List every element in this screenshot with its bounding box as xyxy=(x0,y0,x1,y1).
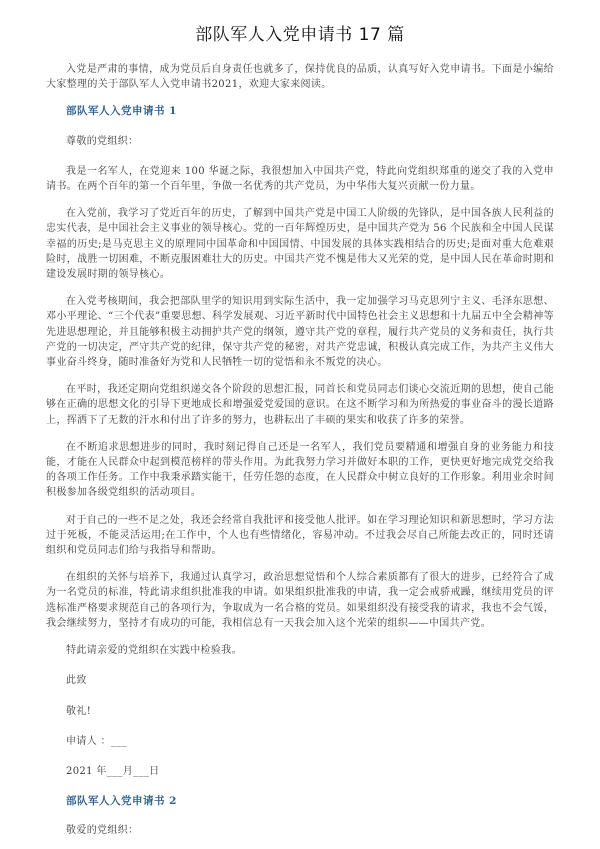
document-title: 部队军人入党申请书 17 篇 xyxy=(0,20,600,45)
intro-paragraph: 入党是严肃的事情，成为党员后自身责任也就多了，保持优良的品质，认真写好入党申请书… xyxy=(46,62,554,92)
section-heading-1: 部队军人入党申请书 1 xyxy=(66,104,554,119)
body-paragraph: 在入党前，我学习了党近百年的历史，了解到中国共产党是中国工人阶级的先锋队，是中国… xyxy=(46,206,554,282)
body-paragraph: 在不断追求思想进步的同时，我时刻记得自己还是一名军人，我们党员要精通和增强自身的… xyxy=(46,440,554,501)
body-paragraph: 在入党考核期间，我会把部队里学的知识用到实际生活中，我一定加强学习马克思列宁主义… xyxy=(46,294,554,370)
body-paragraph: 对于自己的一些不足之处，我还会经常自我批评和接受他人批评。如在学习理论知识和新思… xyxy=(46,513,554,559)
date-line: 2021 年___月___日 xyxy=(66,764,554,779)
document-body: 入党是严肃的事情，成为党员后自身责任也就多了，保持优良的品质，认真写好入党申请书… xyxy=(46,62,554,849)
document-page: 部队军人入党申请书 17 篇 入党是严肃的事情，成为党员后自身责任也就多了，保持… xyxy=(0,0,600,849)
closing-salute: 敬礼! xyxy=(66,704,554,719)
section-heading-2: 部队军人入党申请书 2 xyxy=(66,794,554,809)
body-paragraph: 我是一名军人，在党迎来 100 华诞之际，我很想加入中国共产党，特此向党组织郑重… xyxy=(46,164,554,194)
salutation: 尊敬的党组织： xyxy=(66,134,554,149)
salutation: 敬爱的党组织： xyxy=(66,823,554,838)
body-paragraph: 特此请亲爱的党组织在实践中检验我。 xyxy=(66,643,554,658)
body-paragraph: 在平时，我还定期向党组织递交各个阶段的思想汇报，同首长和党员同志们谈心交流近期的… xyxy=(46,382,554,428)
closing-line: 此致 xyxy=(66,673,554,688)
body-paragraph: 在组织的关怀与培养下，我通过认真学习，政治思想觉悟和个人综合素质都有了很大的进步… xyxy=(46,570,554,631)
applicant-line: 申请人 ：___ xyxy=(66,734,554,749)
